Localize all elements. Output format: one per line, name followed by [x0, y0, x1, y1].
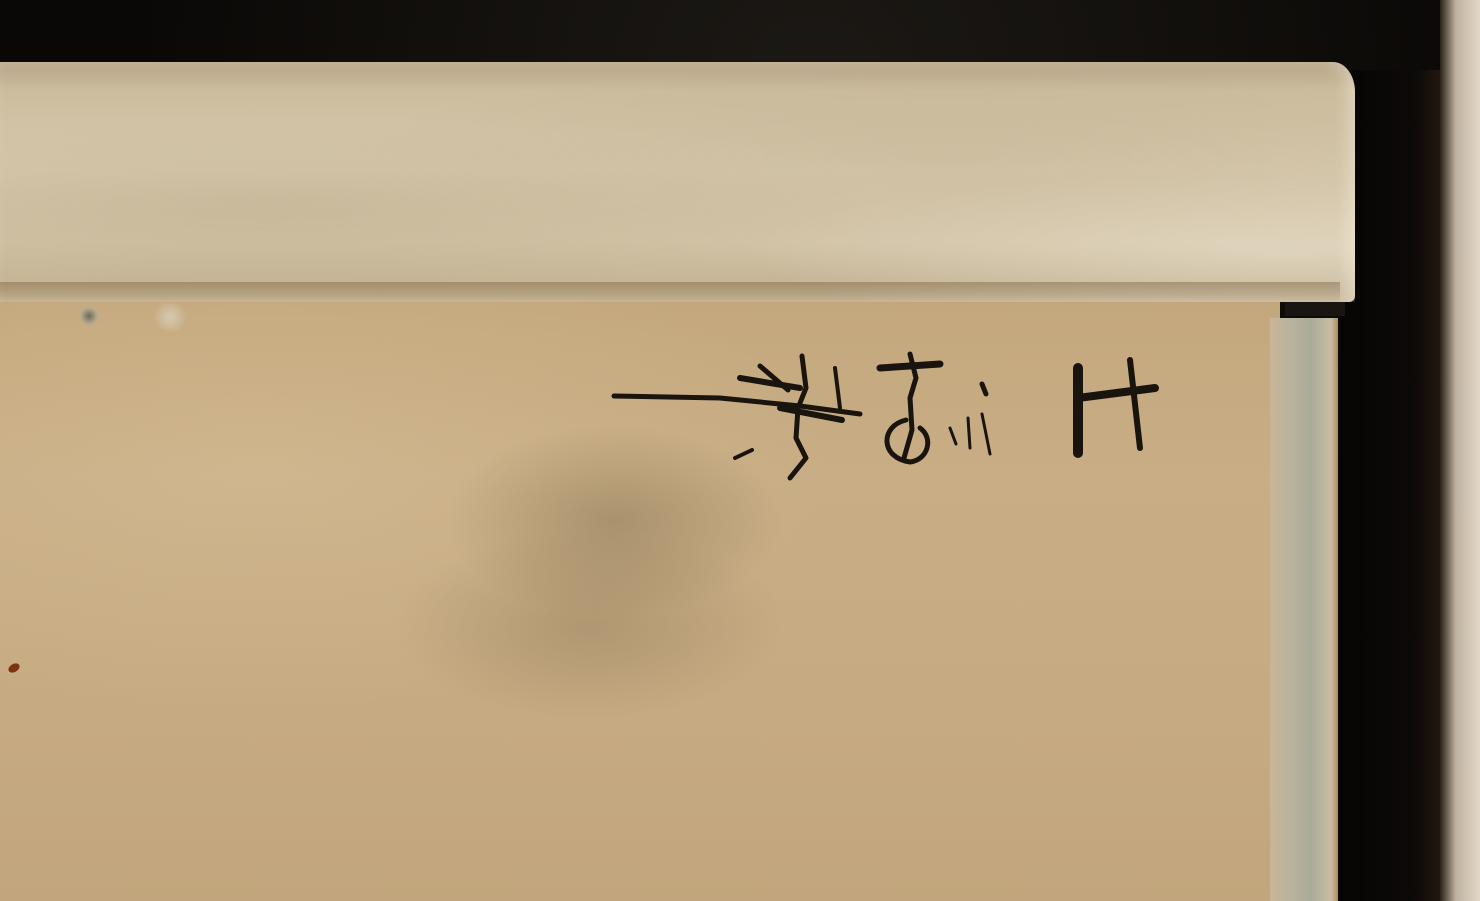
- scroll-roller: [0, 62, 1355, 302]
- paper-wormhole: [78, 306, 100, 326]
- roller-seam-shadow: [0, 282, 1340, 304]
- roller-gap: [1285, 302, 1345, 316]
- shadow-region: [1340, 70, 1450, 901]
- photo-scene: [0, 0, 1480, 901]
- paper-worn-spot: [150, 303, 190, 331]
- sheet-side-edge: [1270, 318, 1338, 901]
- calligraphy-strokes: [610, 338, 1170, 490]
- ink-inscription: [610, 338, 1170, 490]
- light-edge-strip: [1440, 0, 1480, 901]
